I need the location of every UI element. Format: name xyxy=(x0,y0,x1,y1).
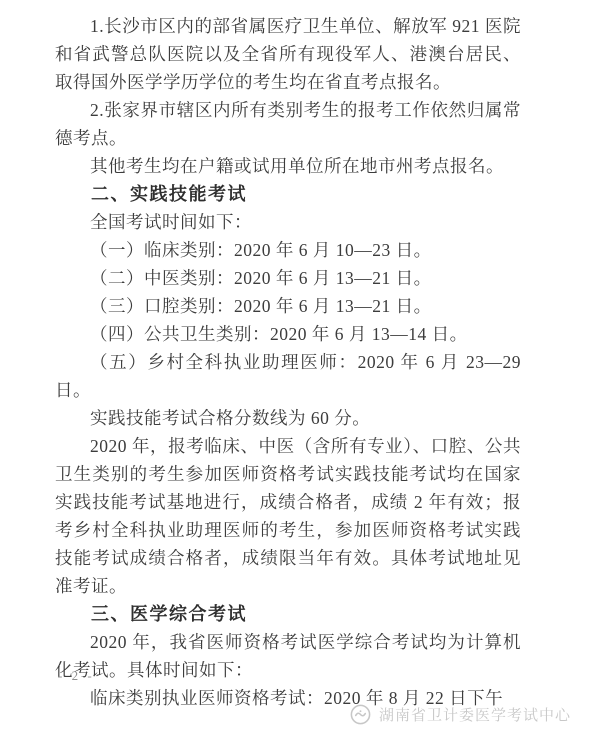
paragraph: 其他考生均在户籍或试用单位所在地市州考点报名。 xyxy=(55,152,521,180)
paragraph: 1.长沙市区内的部省属医疗卫生单位、解放军 921 医院和省武警总队医院以及全省… xyxy=(55,12,521,96)
paragraph: 实践技能考试合格分数线为 60 分。 xyxy=(55,404,521,432)
section-heading: 三、医学综合考试 xyxy=(55,600,521,628)
paragraph: （三）口腔类别：2020 年 6 月 13—21 日。 xyxy=(55,292,521,320)
paragraph: 2020 年，我省医师资格考试医学综合考试均为计算机化考试。具体时间如下： xyxy=(55,628,521,684)
page-number: - 2 - xyxy=(58,668,95,684)
paragraph: （二）中医类别：2020 年 6 月 13—21 日。 xyxy=(55,264,521,292)
paragraph: 全国考试时间如下： xyxy=(55,208,521,236)
document-body: 1.长沙市区内的部省属医疗卫生单位、解放军 921 医院和省武警总队医院以及全省… xyxy=(55,12,521,712)
seal-logo-icon xyxy=(349,703,372,726)
paragraph: 2.张家界市辖区内所有类别考生的报考工作依然归属常德考点。 xyxy=(55,96,521,152)
section-heading: 二、实践技能考试 xyxy=(55,180,521,208)
watermark-text: 湖南省卫计委医学考试中心 xyxy=(379,704,571,725)
watermark: 湖南省卫计委医学考试中心 xyxy=(349,703,571,726)
paragraph: 2020 年，报考临床、中医（含所有专业）、口腔、公共卫生类别的考生参加医师资格… xyxy=(55,432,521,600)
paragraph: （四）公共卫生类别：2020 年 6 月 13—14 日。 xyxy=(55,320,521,348)
paragraph: （一）临床类别：2020 年 6 月 10—23 日。 xyxy=(55,236,521,264)
paragraph: （五）乡村全科执业助理医师：2020 年 6 月 23—29 日。 xyxy=(55,348,521,404)
